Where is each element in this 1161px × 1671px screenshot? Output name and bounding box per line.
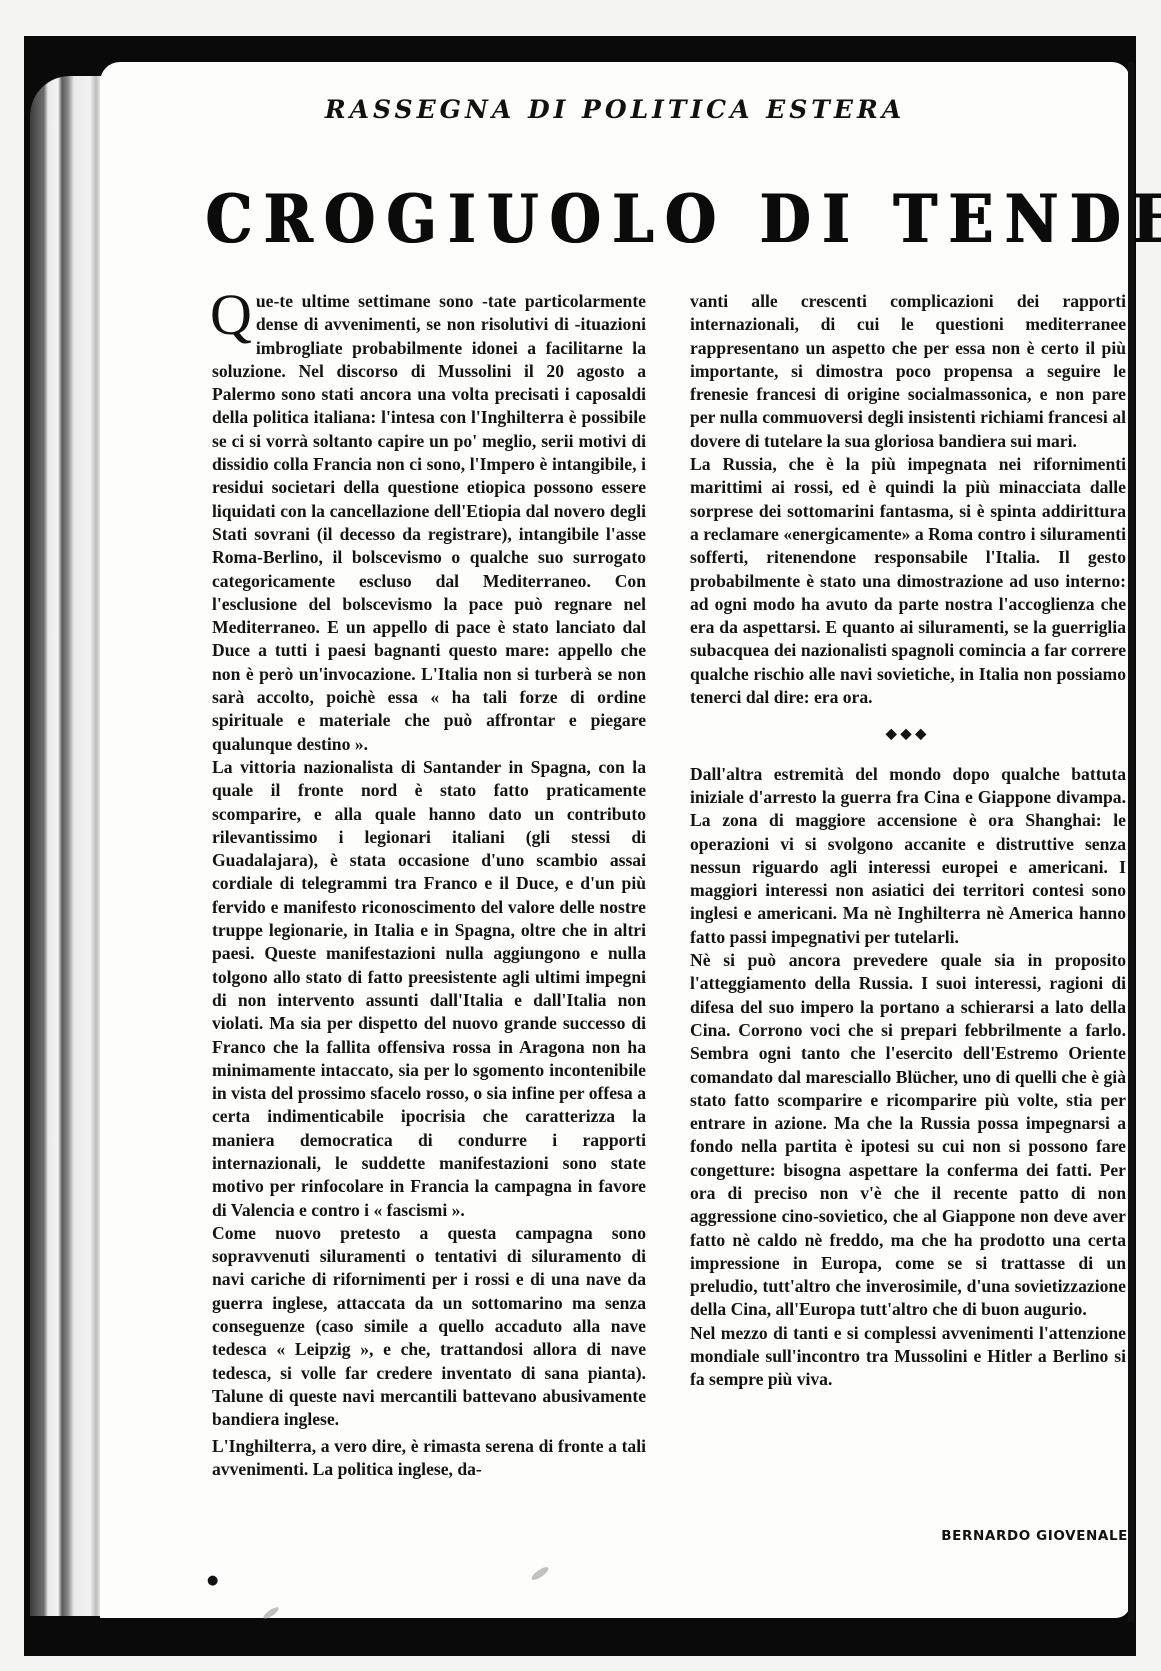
- right-column: vanti alle crescenti complicazioni dei r…: [690, 290, 1126, 1392]
- paragraph: Nè si può ancora prevedere quale sia in …: [690, 949, 1126, 1322]
- paragraph: Nel mezzo di tanti e si complessi avveni…: [690, 1322, 1126, 1392]
- author-byline: BERNARDO GIOVENALE: [800, 1528, 1128, 1544]
- paragraph: La Russia, che è la più impegnata nei ri…: [690, 453, 1126, 709]
- page-right-border: [1128, 62, 1134, 1622]
- paragraph: Come nuovo pretesto a questa campagna so…: [212, 1222, 646, 1432]
- section-kicker: RASSEGNA DI POLITICA ESTERA: [100, 95, 1130, 124]
- paragraph: L'Inghilterra, a vero dire, è rimasta se…: [212, 1435, 646, 1482]
- article-headline: CROGIUOLO DI TENDENZE: [205, 180, 1145, 258]
- section-separator: ◆◆◆: [690, 723, 1126, 746]
- page-stack-edge: [30, 76, 108, 1616]
- paragraph: vanti alle crescenti complicazioni dei r…: [690, 290, 1126, 453]
- paragraph: Que-te ultime settimane sono -tate parti…: [212, 290, 646, 756]
- page-number: ●: [207, 1573, 218, 1588]
- left-column: Que-te ultime settimane sono -tate parti…: [212, 290, 646, 1481]
- drop-cap: Q: [210, 292, 252, 338]
- paragraph: Dall'altra estremità del mondo dopo qual…: [690, 763, 1126, 949]
- paragraph: La vittoria nazionalista di Santander in…: [212, 756, 646, 1222]
